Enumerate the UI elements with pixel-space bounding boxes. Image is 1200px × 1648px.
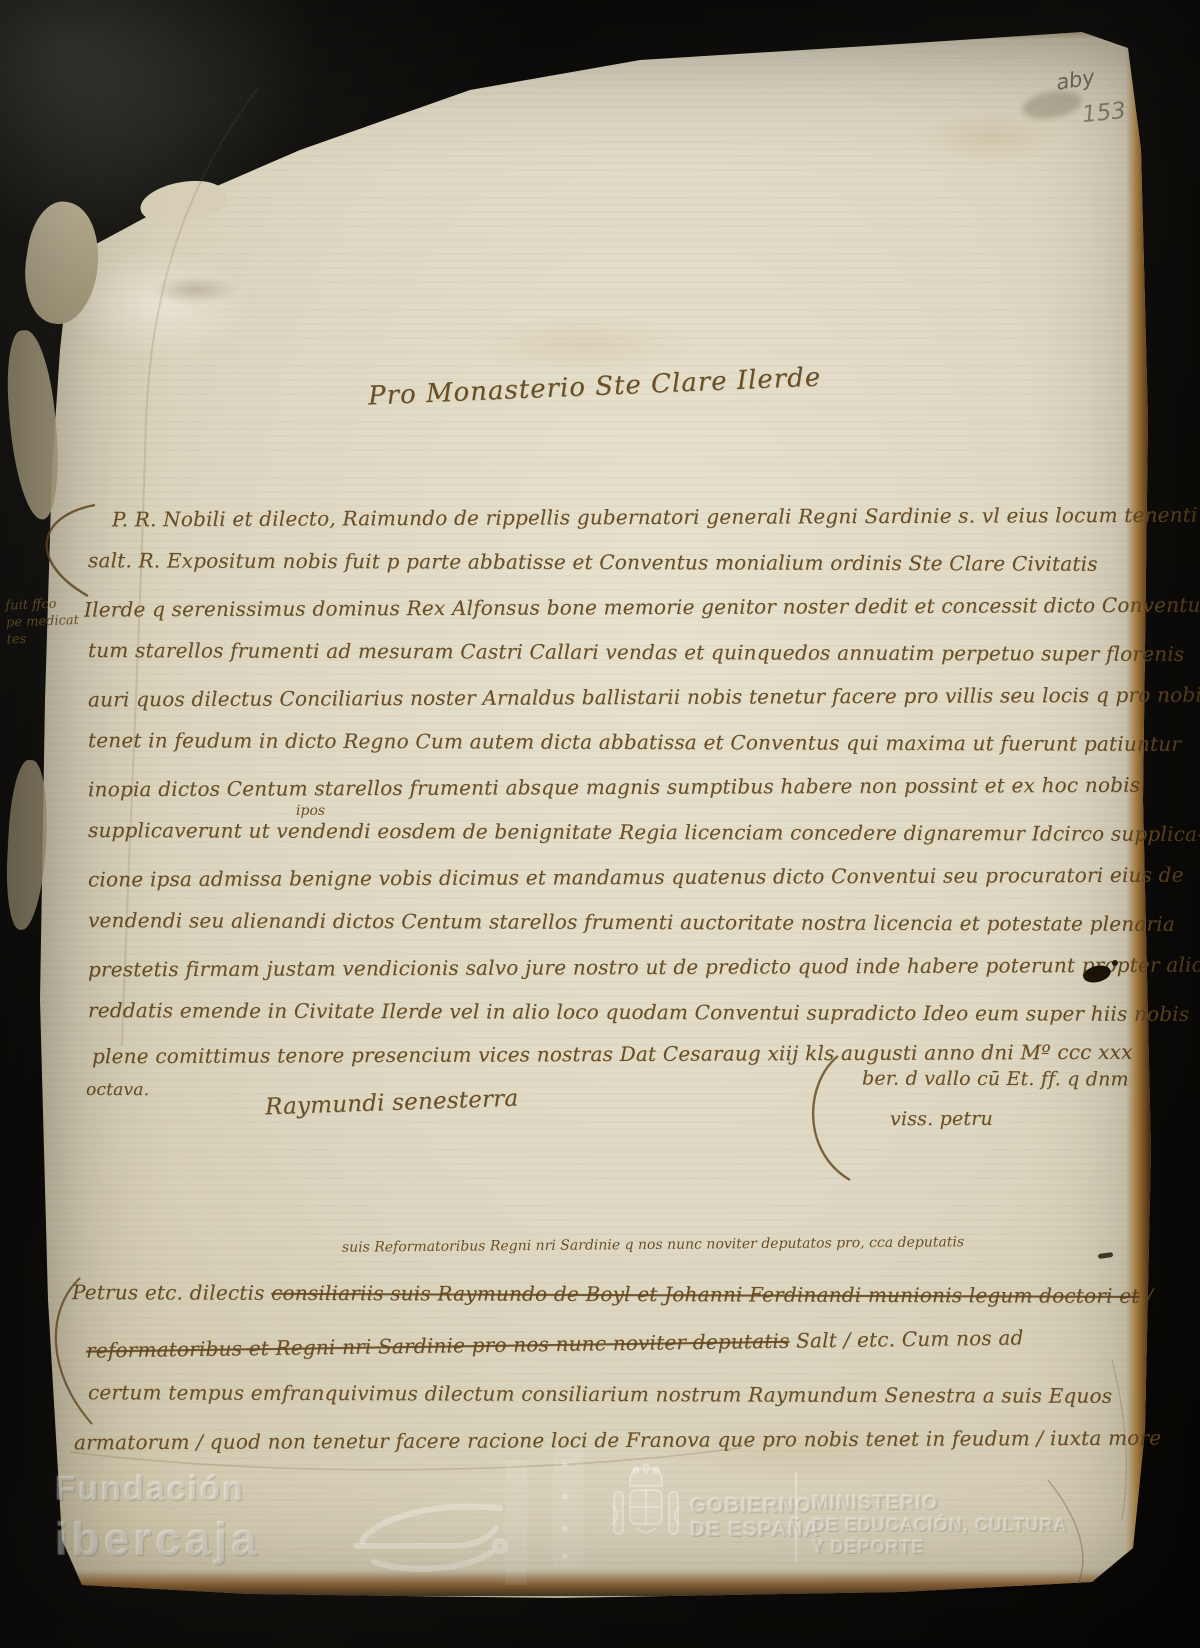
text-line: auri quos dilectus Conciliarius noster A…: [88, 683, 1200, 712]
stain: [470, 315, 700, 375]
ministerio-line1: MINISTERIO: [812, 1492, 939, 1515]
text-line: P. R. Nobili et dilecto, Raimundo de rip…: [112, 503, 1198, 532]
page-bottom-edge: [60, 1570, 1135, 1596]
text-line: armatorum / quod non tenetur facere raci…: [74, 1426, 1161, 1455]
ibercaja-line1: Fundación: [55, 1470, 245, 1509]
eu-star-icon: ★: [560, 1458, 570, 1471]
gobierno-line2: DE ESPAÑA: [690, 1518, 820, 1542]
ibercaja-logo-icon: [352, 1498, 512, 1576]
ministerio-line2: DE EDUCACIÓN, CULTURA: [812, 1515, 1068, 1536]
text-line: salt. R. Expositum nobis fuit p parte ab…: [88, 548, 1098, 576]
text-line: supplicaverunt ut vendendi eosdem de ben…: [88, 818, 1200, 846]
ibercaja-line2: ibercaja: [55, 1512, 261, 1566]
page-top-edge: [300, 21, 1130, 58]
manuscript-photo: aby 153 Pro Monasterio Ste Clare Ilerde …: [0, 0, 1200, 1648]
text-line: vendendi seu alienandi dictos Centum sta…: [88, 908, 1175, 936]
ministerio-line3: Y DEPORTE: [812, 1537, 925, 1558]
line-segment: Petrus etc. dilectis: [72, 1280, 271, 1305]
line-segment: Salt / etc. Cum nos ad: [789, 1325, 1023, 1352]
line-segment: /: [1139, 1284, 1153, 1308]
text-line: cione ipsa admissa benigne vobis dicimus…: [88, 863, 1184, 892]
text-line: plene comittimus tenore presencium vices…: [92, 1040, 1133, 1069]
eu-star-icon: ★: [560, 1550, 570, 1563]
text-line: tum starellos frumenti ad mesuram Castri…: [88, 638, 1184, 666]
flag-strip: [505, 1460, 527, 1585]
ink-dot: [1112, 960, 1118, 966]
spain-coat-of-arms-icon: [608, 1462, 684, 1562]
eu-star-icon: ★: [560, 1522, 570, 1535]
torn-corner-highlight: [62, 250, 252, 360]
registration-note-line2: viss. petru: [890, 1108, 993, 1130]
text-line: reddatis emende in Civitate Ilerde vel i…: [88, 998, 1189, 1026]
closing-octava: octava.: [86, 1080, 149, 1100]
text-line: inopia dictos Centum starellos frumenti …: [88, 773, 1140, 802]
watermark-divider: [795, 1472, 797, 1562]
book-fore-edge: [1126, 44, 1152, 1564]
margin-note-line: tes: [6, 628, 93, 648]
text-line: Ilerde q serenissimus dominus Rex Alfons…: [84, 592, 1200, 621]
struck-segment: consiliariis suis Raymundo de Boyl et Jo…: [271, 1281, 1139, 1308]
gobierno-line1: GOBIERNO: [690, 1494, 812, 1518]
text-line: tenet in feudum in dicto Regno Cum autem…: [88, 728, 1181, 756]
margin-note: fuit ffco pe medicat tes: [5, 595, 93, 649]
eu-star-icon: ★: [560, 1490, 570, 1503]
text-line: Petrus etc. dilectis consiliariis suis R…: [72, 1280, 1153, 1308]
interline-correction: ipos: [296, 803, 325, 819]
folio-number: 153: [1081, 98, 1127, 128]
text-line: certum tempus emfranquivimus dilectum co…: [88, 1380, 1112, 1408]
text-line: prestetis firmam justam vendicionis salv…: [88, 953, 1200, 982]
registration-note-line1: ber. d vallo cū Et. ff. q dnm: [862, 1068, 1129, 1091]
